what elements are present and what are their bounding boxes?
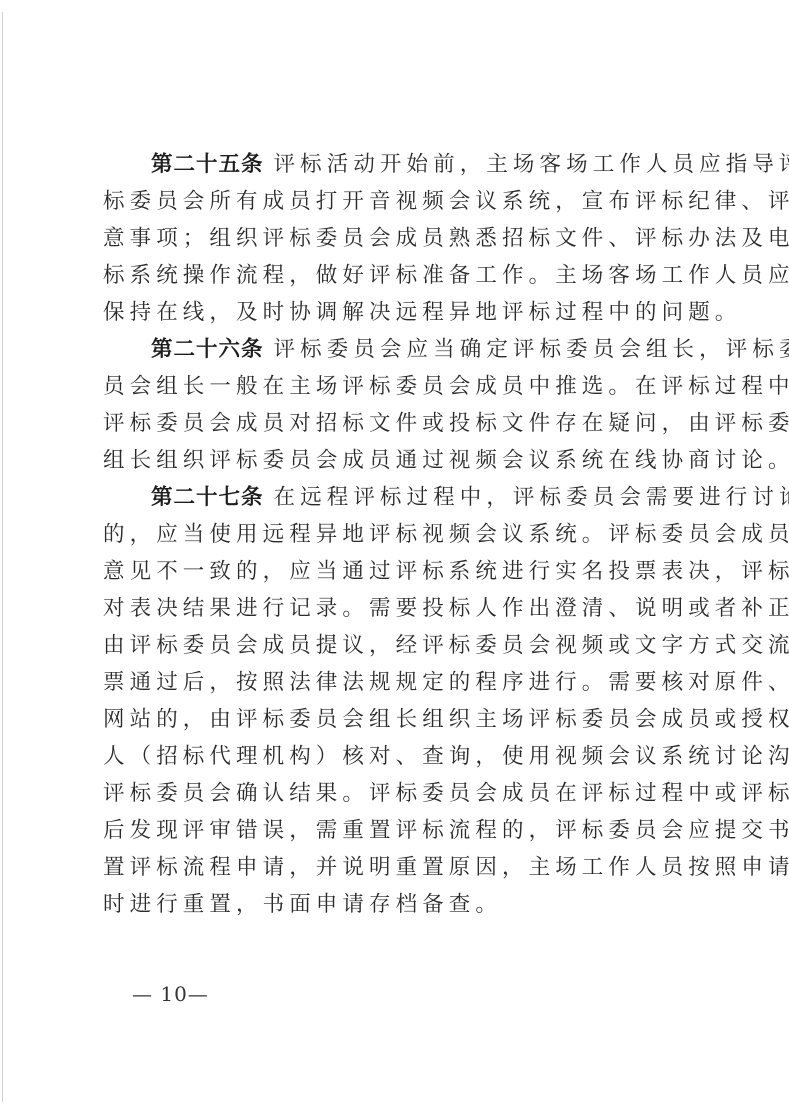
article-line: 由评标委员会成员提议，经评标委员会视频或文字方式交流、投: [103, 627, 693, 664]
article-line: 第二十七条在远程评标过程中，评标委员会需要进行讨论: [103, 479, 693, 516]
article-text: 评标委员会应当确定评标委员会组长，评标委: [274, 337, 789, 362]
article-line: 票通过后，按照法律法规规定的程序进行。需要核对原件、查询: [103, 664, 693, 701]
article-line: 员会组长一般在主场评标委员会成员中推选。在评标过程中如遇: [103, 368, 693, 405]
article-line: 组长组织评标委员会成员通过视频会议系统在线协商讨论。: [103, 442, 693, 479]
article-line: 意事项；组织评标委员会成员熟悉招标文件、评标办法及电子评: [103, 220, 693, 257]
article-line: 人（招标代理机构）核对、查询，使用视频会议系统讨论沟通后，: [103, 738, 693, 775]
article-line: 评标委员会确认结果。评标委员会成员在评标过程中或评标结束: [103, 775, 693, 812]
article-line: 对表决结果进行记录。需要投标人作出澄清、说明或者补正的，: [103, 590, 693, 627]
article-25: 第二十五条评标活动开始前，主场客场工作人员应指导评 标委员会所有成员打开音视频会…: [103, 146, 693, 331]
article-heading: 第二十五条: [151, 152, 264, 177]
article-heading: 第二十七条: [151, 485, 264, 510]
article-line: 后发现评审错误，需重置评标流程的，评标委员会应提交书面重: [103, 812, 693, 849]
article-line: 意见不一致的，应当通过评标系统进行实名投票表决，评标系统: [103, 553, 693, 590]
article-text: 在远程评标过程中，评标委员会需要进行讨论: [274, 485, 789, 510]
article-line: 保持在线，及时协调解决远程异地评标过程中的问题。: [103, 294, 693, 331]
article-line: 标系统操作流程，做好评标准备工作。主场客场工作人员应始终: [103, 257, 693, 294]
page-number: — 10—: [132, 982, 209, 1006]
article-26: 第二十六条评标委员会应当确定评标委员会组长，评标委 员会组长一般在主场评标委员会…: [103, 331, 693, 479]
article-line: 的，应当使用远程异地评标视频会议系统。评标委员会成员存在: [103, 516, 693, 553]
article-line: 评标委员会成员对招标文件或投标文件存在疑问，由评标委员会: [103, 405, 693, 442]
article-line: 网站的，由评标委员会组长组织主场评标委员会成员或授权招标: [103, 701, 693, 738]
scan-edge-line: [2, 12, 3, 1102]
article-line: 置评标流程申请，并说明重置原因，主场工作人员按照申请应及: [103, 849, 693, 886]
article-line: 第二十五条评标活动开始前，主场客场工作人员应指导评: [103, 146, 693, 183]
article-line: 时进行重置，书面申请存档备查。: [103, 886, 693, 923]
article-line: 标委员会所有成员打开音视频会议系统，宣布评标纪律、评标注: [103, 183, 693, 220]
article-line: 第二十六条评标委员会应当确定评标委员会组长，评标委: [103, 331, 693, 368]
article-27: 第二十七条在远程评标过程中，评标委员会需要进行讨论 的，应当使用远程异地评标视频…: [103, 479, 693, 923]
article-text: 评标活动开始前，主场客场工作人员应指导评: [274, 152, 789, 177]
document-body: 第二十五条评标活动开始前，主场客场工作人员应指导评 标委员会所有成员打开音视频会…: [103, 146, 693, 923]
article-heading: 第二十六条: [151, 337, 264, 362]
